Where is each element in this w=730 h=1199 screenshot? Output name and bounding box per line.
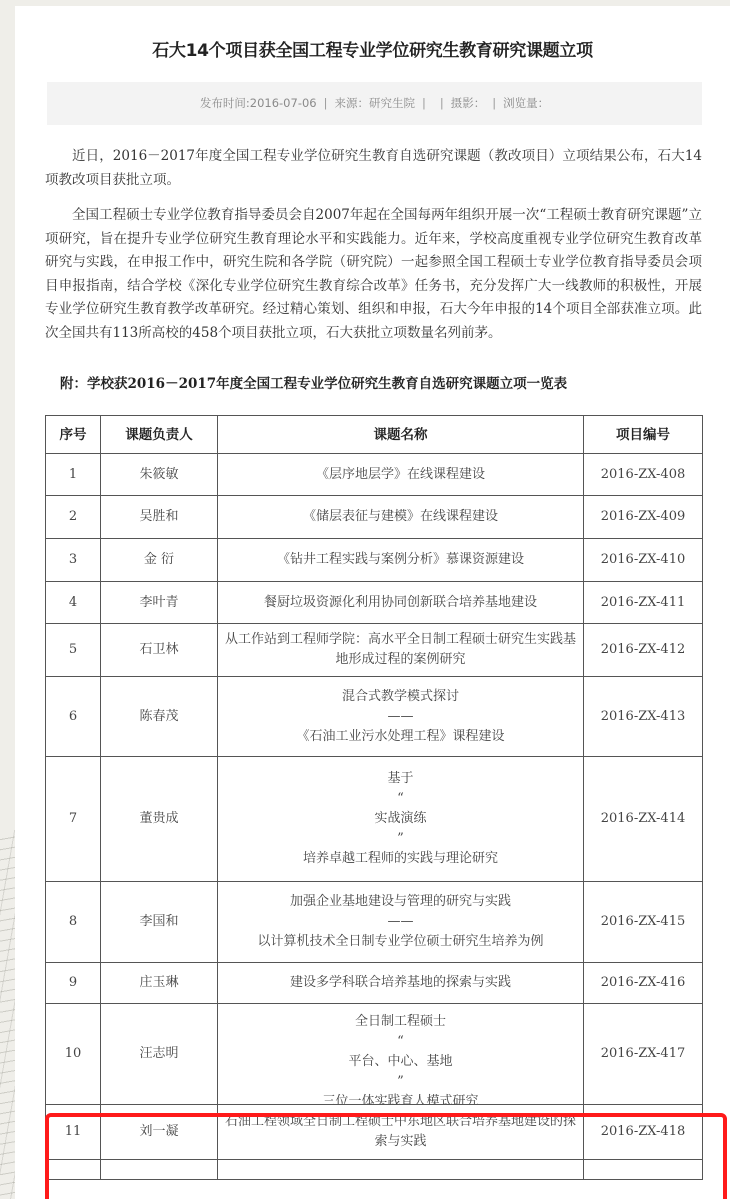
cell-project-name: 建设多学科联合培养基地的探索与实践 <box>218 963 584 1004</box>
cell-project-code: 2016-ZX-418 <box>584 1105 703 1160</box>
table-header-row: 序号 课题负责人 课题名称 项目编号 <box>46 416 703 454</box>
cell-project-code: 2016-ZX-410 <box>584 539 703 582</box>
name-line: 《石油工业污水处理工程》课程建设 <box>224 727 577 747</box>
paragraph-intro: 近日，2016－2017年度全国工程专业学位研究生教育自选研究课题（教改项目）立… <box>45 145 702 192</box>
name-line: ” <box>224 829 577 849</box>
cell-empty <box>46 1160 101 1180</box>
cell-no: 4 <box>46 582 101 624</box>
meta-separator: | <box>492 96 496 110</box>
name-line: —— <box>224 912 577 932</box>
name-line: 《储层表征与建模》在线课程建设 <box>224 507 577 527</box>
cell-project-code: 2016-ZX-413 <box>584 677 703 757</box>
cell-project-name: 《钻井工程实践与案例分析》慕课资源建设 <box>218 539 584 582</box>
cell-project-name: 基于 “ 实战演练 ” 培养卓越工程师的实践与理论研究 <box>218 757 584 882</box>
cell-project-name: 《层序地层学》在线课程建设 <box>218 454 584 496</box>
source: 来源：研究生院 <box>334 96 415 110</box>
name-line: “ <box>218 1032 583 1052</box>
paragraph-background: 全国工程硕士专业学位教育指导委员会自2007年起在全国每两年组织开展一次“工程硕… <box>45 204 702 345</box>
name-line: 建设多学科联合培养基地的探索与实践 <box>224 973 577 993</box>
cell-leader: 吴胜和 <box>101 496 218 539</box>
table-row: 6 陈春茂 混合式教学模式探讨 —— 《石油工业污水处理工程》课程建设 2016… <box>46 677 703 757</box>
meta-separator: | <box>440 96 444 110</box>
cell-leader: 刘一凝 <box>101 1105 218 1160</box>
header-no: 序号 <box>46 416 101 454</box>
cell-leader: 李国和 <box>101 882 218 963</box>
table-caption: 附：学校获2016－2017年度全国工程专业学位研究生教育自选研究课题立项一览表 <box>60 372 567 392</box>
cell-leader: 李叶青 <box>101 582 218 624</box>
meta-separator: | <box>422 96 426 110</box>
cell-no: 1 <box>46 454 101 496</box>
cell-project-name: 加强企业基地建设与管理的研究与实践 —— 以计算机技术全日制专业学位硕士研究生培… <box>218 882 584 963</box>
background-sketch-decoration <box>0 830 15 1199</box>
name-line: 实战演练 <box>224 809 577 829</box>
name-line: “ <box>224 789 577 809</box>
name-line: 《层序地层学》在线课程建设 <box>224 465 577 485</box>
name-line: 混合式教学模式探讨 <box>224 687 577 707</box>
cell-empty <box>218 1160 584 1180</box>
cell-empty <box>584 1160 703 1180</box>
name-line: 以计算机技术全日制专业学位硕士研究生培养为例 <box>224 932 577 952</box>
table-row: 10 汪志明 全日制工程硕士 “ 平台、中心、基地 ” 三位一体实践育人模式研究… <box>46 1004 703 1105</box>
name-line: 培养卓越工程师的实践与理论研究 <box>224 849 577 869</box>
cell-no: 2 <box>46 496 101 539</box>
view-count: 浏览量： <box>503 96 549 110</box>
name-line: 加强企业基地建设与管理的研究与实践 <box>224 892 577 912</box>
cell-project-code: 2016-ZX-409 <box>584 496 703 539</box>
table-row: 7 董贵成 基于 “ 实战演练 ” 培养卓越工程师的实践与理论研究 2016-Z… <box>46 757 703 882</box>
name-line: —— <box>224 707 577 727</box>
cell-project-name: 从工作站到工程师学院：高水平全日制工程硕士研究生实践基地形成过程的案例研究 <box>218 624 584 677</box>
cell-no: 9 <box>46 963 101 1004</box>
publish-time: 发布时间:2016-07-06 <box>200 96 317 110</box>
cell-leader: 董贵成 <box>101 757 218 882</box>
name-line: 餐厨垃圾资源化利用协同创新联合培养基地建设 <box>224 593 577 613</box>
cell-leader: 汪志明 <box>101 1004 218 1105</box>
cell-project-code: 2016-ZX-417 <box>584 1004 703 1105</box>
name-line: 平台、中心、基地 <box>218 1052 583 1072</box>
cell-no: 3 <box>46 539 101 582</box>
cell-project-name: 混合式教学模式探讨 —— 《石油工业污水处理工程》课程建设 <box>218 677 584 757</box>
table-row: 1 朱筱敏 《层序地层学》在线课程建设 2016-ZX-408 <box>46 454 703 496</box>
name-line: 基于 <box>224 769 577 789</box>
cell-empty <box>101 1160 218 1180</box>
cell-project-code: 2016-ZX-414 <box>584 757 703 882</box>
cell-no: 7 <box>46 757 101 882</box>
header-project-code: 项目编号 <box>584 416 703 454</box>
table-row: 4 李叶青 餐厨垃圾资源化利用协同创新联合培养基地建设 2016-ZX-411 <box>46 582 703 624</box>
table-row-cutoff <box>46 1160 703 1180</box>
name-line: 三位一体实践育人模式研究 <box>218 1092 583 1104</box>
photographer: 摄影： <box>451 96 486 110</box>
cell-no: 8 <box>46 882 101 963</box>
cell-no: 10 <box>46 1004 101 1105</box>
cell-project-code: 2016-ZX-408 <box>584 454 703 496</box>
article-panel: 石大14个项目获全国工程专业学位研究生教育研究课题立项 发布时间:2016-07… <box>15 6 730 1199</box>
cell-project-code: 2016-ZX-415 <box>584 882 703 963</box>
table-row: 9 庄玉琳 建设多学科联合培养基地的探索与实践 2016-ZX-416 <box>46 963 703 1004</box>
name-line: 石油工程领域全日制工程硕士中东地区联合培养基地建设的探索与实践 <box>224 1112 577 1152</box>
table-row: 8 李国和 加强企业基地建设与管理的研究与实践 —— 以计算机技术全日制专业学位… <box>46 882 703 963</box>
header-project-name: 课题名称 <box>218 416 584 454</box>
cell-no: 5 <box>46 624 101 677</box>
name-line: 《钻井工程实践与案例分析》慕课资源建设 <box>224 550 577 570</box>
cell-leader: 石卫林 <box>101 624 218 677</box>
table-row: 5 石卫林 从工作站到工程师学院：高水平全日制工程硕士研究生实践基地形成过程的案… <box>46 624 703 677</box>
cell-leader: 金 衍 <box>101 539 218 582</box>
cell-no: 6 <box>46 677 101 757</box>
table-row: 3 金 衍 《钻井工程实践与案例分析》慕课资源建设 2016-ZX-410 <box>46 539 703 582</box>
cell-project-name: 全日制工程硕士 “ 平台、中心、基地 ” 三位一体实践育人模式研究 <box>218 1004 584 1105</box>
table-row: 2 吴胜和 《储层表征与建模》在线课程建设 2016-ZX-409 <box>46 496 703 539</box>
projects-table: 序号 课题负责人 课题名称 项目编号 1 朱筱敏 《层序地层学》在线课程建设 2… <box>45 415 703 1180</box>
cell-no: 11 <box>46 1105 101 1160</box>
meta-separator: | <box>324 96 328 110</box>
name-line: 从工作站到工程师学院：高水平全日制工程硕士研究生实践基地形成过程的案例研究 <box>224 630 577 670</box>
header-leader: 课题负责人 <box>101 416 218 454</box>
cell-project-name: 《储层表征与建模》在线课程建设 <box>218 496 584 539</box>
cell-leader: 陈春茂 <box>101 677 218 757</box>
cell-project-code: 2016-ZX-411 <box>584 582 703 624</box>
cell-project-code: 2016-ZX-416 <box>584 963 703 1004</box>
article-meta-bar: 发布时间:2016-07-06|来源：研究生院||摄影：|浏览量： <box>47 82 702 125</box>
cell-project-code: 2016-ZX-412 <box>584 624 703 677</box>
cell-project-name: 石油工程领域全日制工程硕士中东地区联合培养基地建设的探索与实践 <box>218 1105 584 1160</box>
name-line: ” <box>218 1072 583 1092</box>
cell-leader: 朱筱敏 <box>101 454 218 496</box>
cell-project-name: 餐厨垃圾资源化利用协同创新联合培养基地建设 <box>218 582 584 624</box>
name-line: 全日制工程硕士 <box>218 1012 583 1032</box>
article-title: 石大14个项目获全国工程专业学位研究生教育研究课题立项 <box>15 36 730 61</box>
table-row-highlighted: 11 刘一凝 石油工程领域全日制工程硕士中东地区联合培养基地建设的探索与实践 2… <box>46 1105 703 1160</box>
cell-leader: 庄玉琳 <box>101 963 218 1004</box>
